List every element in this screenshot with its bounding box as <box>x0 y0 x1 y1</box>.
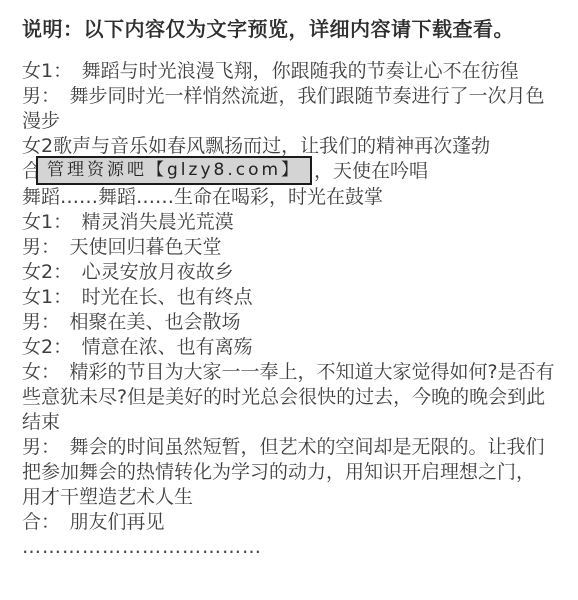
preview-notice: 说明：以下内容仅为文字预览，详细内容请下载查看。 <box>0 0 578 42</box>
script-line: 女1： 精灵消失晨光荒漠 <box>22 210 570 235</box>
script-line: 女1： 时光在长、也有终点 <box>22 285 570 310</box>
script-line: 女2： 情意在浓、也有离殇 <box>22 335 570 360</box>
ellipsis-line: ……………………………… <box>22 535 570 560</box>
script-line: 女： 精彩的节目为大家一一奉上，不知道大家觉得如何?是否有 些意犹未尽?但是美好… <box>22 360 570 435</box>
document-preview-page: 说明：以下内容仅为文字预览，详细内容请下载查看。 女1： 舞蹈与时光浪漫飞翔，你… <box>0 0 578 600</box>
script-line: 男： 相聚在美、也会散场 <box>22 310 570 335</box>
watermark-badge: 管理资源吧【glzy8.com】 <box>36 156 312 185</box>
script-line: 男： 舞会的时间虽然短暂，但艺术的空间却是无限的。让我们 把参加舞会的热情转化为… <box>22 435 570 510</box>
script-line: 男： 舞步同时光一样悄然流逝，我们跟随节奏进行了一次月色 漫步 <box>22 84 570 134</box>
script-line: 合： 朋友们再见 <box>22 510 570 535</box>
script-line: 女1： 舞蹈与时光浪漫飞翔，你跟随我的节奏让心不在彷徨 <box>22 59 570 84</box>
script-line: 女2： 心灵安放月夜故乡 <box>22 260 570 285</box>
script-line: 合管理资源吧【glzy8.com】，天使在吟唱 <box>22 159 570 185</box>
script-line: 舞蹈……舞蹈……生命在喝彩，时光在鼓掌 <box>22 185 570 210</box>
script-content: 女1： 舞蹈与时光浪漫飞翔，你跟随我的节奏让心不在彷徨男： 舞步同时光一样悄然流… <box>0 59 578 560</box>
script-line: 男： 天使回归暮色天堂 <box>22 235 570 260</box>
line-text: ，天使在吟唱 <box>314 160 428 182</box>
